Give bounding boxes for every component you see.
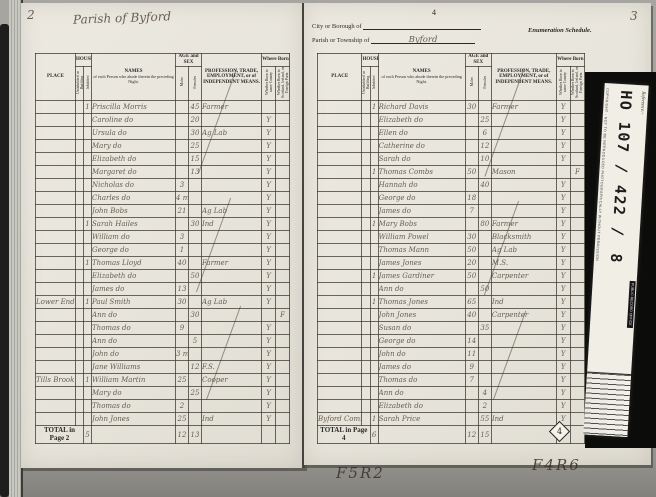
cell-f: 15: [189, 153, 202, 166]
cell-name: Thomas do: [92, 400, 176, 413]
cell-inh: [370, 179, 378, 192]
cell-name: Ann do: [378, 283, 465, 296]
col-age-sex: AGE and SEX: [465, 54, 491, 67]
parish-value-handwritten: Byford: [409, 35, 438, 45]
cell-u: [362, 361, 370, 374]
cell-inh: [84, 348, 92, 361]
cell-name: Thomas Jones: [378, 296, 465, 309]
cell-inh: [370, 231, 378, 244]
cell-inh: [84, 283, 92, 296]
cell-bc: Y: [262, 244, 276, 257]
cell-prof: [202, 270, 262, 283]
cell-bc: Y: [556, 309, 570, 322]
cell-inh: [370, 348, 378, 361]
cell-f: 80: [478, 218, 491, 231]
cell-inh: 1: [84, 101, 92, 114]
cell-bc: Y: [556, 374, 570, 387]
cell-m: 50: [465, 244, 478, 257]
cell-prof: F.S.: [202, 361, 262, 374]
col-inhabited: Inhabited: [370, 66, 378, 101]
reference-number: HO 107 / 422 /8: [607, 90, 636, 265]
cell-bc: Y: [262, 153, 276, 166]
census-table-left: PLACE HOUSES NAMES of each Person who ab…: [35, 53, 290, 444]
cell-inh: [84, 400, 92, 413]
cell-prof: [491, 140, 556, 153]
cell-f: 35: [478, 322, 491, 335]
cell-name: Mary Bobs: [378, 218, 465, 231]
cell-u: [362, 309, 370, 322]
cell-u: [76, 413, 84, 426]
cell-place: [36, 192, 76, 205]
cell-m: [176, 127, 189, 140]
cell-m: [176, 361, 189, 374]
cell-bo: [276, 348, 290, 361]
cell-prof: Ag Lab: [202, 205, 262, 218]
cell-bo: [570, 387, 584, 400]
census-row: Margaret do13Y: [36, 166, 290, 179]
cell-bo: [570, 322, 584, 335]
cell-prof: [491, 348, 556, 361]
cell-bo: [276, 400, 290, 413]
cell-name: William Martin: [92, 374, 176, 387]
cell-m: [465, 413, 478, 426]
cell-bc: Y: [556, 361, 570, 374]
cell-place: [318, 348, 362, 361]
cell-name: Mary do: [92, 387, 176, 400]
cell-name: George do: [378, 192, 465, 205]
cell-place: [318, 361, 362, 374]
census-row: Ann do50Y: [318, 283, 585, 296]
cell-name: Margaret do: [92, 166, 176, 179]
census-row: Mary do25Y: [36, 140, 290, 153]
cell-bo: [570, 153, 584, 166]
cell-m: 3 mo: [176, 348, 189, 361]
census-row: John do11Y: [318, 348, 585, 361]
city-borough-blank: [363, 21, 481, 30]
cell-prof: Carpenter: [491, 270, 556, 283]
parish-heading-handwritten: Parish of Byford: [73, 9, 172, 26]
census-row: Elizabeth do2Y: [318, 400, 585, 413]
cell-u: [362, 348, 370, 361]
cell-name: George do: [92, 244, 176, 257]
cell-bo: [570, 374, 584, 387]
census-row: 1Thomas Jones65IndY: [318, 296, 585, 309]
total-houses: 6: [370, 426, 378, 444]
cell-name: James Jones: [378, 257, 465, 270]
cell-inh: 1: [370, 296, 378, 309]
census-row: Charles do4 moY: [36, 192, 290, 205]
total-spacer: [491, 426, 556, 444]
cell-name: Sarah Price: [378, 413, 465, 426]
cell-u: [76, 270, 84, 283]
cell-f: [189, 231, 202, 244]
cell-m: 4 mo: [176, 192, 189, 205]
cell-bc: Y: [262, 361, 276, 374]
cell-place: [36, 179, 76, 192]
cell-bc: Y: [262, 179, 276, 192]
cell-bo: [570, 348, 584, 361]
cell-place: [36, 283, 76, 296]
cell-bc: Y: [556, 387, 570, 400]
cell-place: [36, 335, 76, 348]
cell-prof: [491, 387, 556, 400]
cell-place: [36, 153, 76, 166]
cell-f: [478, 231, 491, 244]
census-row: 1Thomas Combs50MasonF: [318, 166, 585, 179]
cell-u: [76, 374, 84, 387]
cell-prof: Ind: [491, 413, 556, 426]
cell-name: Elizabeth do: [378, 114, 465, 127]
cell-f: [189, 192, 202, 205]
cell-u: [362, 257, 370, 270]
cell-inh: 1: [84, 218, 92, 231]
ruler-scale: [583, 371, 631, 437]
cell-prof: [202, 114, 262, 127]
census-row: Thomas do7Y: [318, 374, 585, 387]
cell-u: [76, 309, 84, 322]
folio-stamp-number: 4: [557, 427, 562, 436]
census-row: Sarah do10Y: [318, 153, 585, 166]
cell-place: [36, 348, 76, 361]
cell-place: [36, 231, 76, 244]
cell-place: [318, 374, 362, 387]
total-spacer: [276, 426, 290, 444]
cell-name: Jane Williams: [92, 361, 176, 374]
cell-f: [478, 374, 491, 387]
cell-bo: [276, 283, 290, 296]
cell-bo: [276, 140, 290, 153]
cell-name: Thomas Combs: [378, 166, 465, 179]
cell-inh: [84, 322, 92, 335]
col-where-born: Where Born: [262, 54, 290, 67]
col-profession: PROFESSION, TRADE, EMPLOYMENT, or of IND…: [202, 54, 262, 101]
cell-place: [318, 101, 362, 114]
census-row: Ellen do6Y: [318, 127, 585, 140]
cell-name: Elizabeth do: [92, 270, 176, 283]
cell-u: [76, 322, 84, 335]
cell-m: [465, 179, 478, 192]
cell-f: [189, 296, 202, 309]
census-row: Elizabeth do15Y: [36, 153, 290, 166]
cell-place: [318, 400, 362, 413]
total-females: 13: [189, 426, 202, 444]
col-born-county: Whether Born in same County: [556, 66, 570, 101]
cell-place: [318, 231, 362, 244]
cell-u: [362, 140, 370, 153]
cell-name: William do: [92, 231, 176, 244]
census-row: John Jones40CarpenterY: [318, 309, 585, 322]
cell-u: [362, 192, 370, 205]
cell-inh: [84, 361, 92, 374]
cell-place: [318, 218, 362, 231]
cell-prof: [491, 114, 556, 127]
reference-series: HO 107 / 422 /: [608, 90, 635, 238]
cell-bo: [570, 257, 584, 270]
census-row: William do3Y: [36, 231, 290, 244]
census-row: 1Thomas Lloyd40FarmerY: [36, 257, 290, 270]
cell-f: 5: [189, 335, 202, 348]
cell-u: [76, 244, 84, 257]
col-age-sex: AGE and SEX: [176, 54, 202, 67]
total-males: 12: [176, 426, 189, 444]
cell-inh: 1: [84, 257, 92, 270]
cell-m: [465, 322, 478, 335]
city-borough-line: City or Borough of: [312, 21, 481, 30]
cell-inh: [370, 244, 378, 257]
cell-m: 1: [176, 244, 189, 257]
cell-m: 30: [176, 296, 189, 309]
cell-bc: [262, 309, 276, 322]
cell-inh: [370, 140, 378, 153]
cell-place: [318, 153, 362, 166]
col-houses: HOUSES: [362, 54, 378, 67]
cell-m: 21: [176, 205, 189, 218]
cell-bo: [570, 179, 584, 192]
cell-bc: Y: [556, 335, 570, 348]
cell-name: Mary do: [92, 140, 176, 153]
cell-name: Ursula do: [92, 127, 176, 140]
copyright-notice: COPYRIGHT - NOT TO BE REPRODUCED PHOTOGR…: [595, 88, 610, 261]
cell-f: 12: [478, 140, 491, 153]
cell-m: [176, 335, 189, 348]
cell-bc: Y: [556, 101, 570, 114]
cell-inh: [84, 335, 92, 348]
cell-m: 9: [176, 322, 189, 335]
census-row: Hannah do40Y: [318, 179, 585, 192]
total-spacer: [262, 426, 276, 444]
cell-name: Catherine do: [378, 140, 465, 153]
census-row: George do18Y: [318, 192, 585, 205]
col-names: NAMES of each Person who abode therein t…: [92, 54, 176, 101]
cell-prof: Mason: [491, 166, 556, 179]
census-row: James do9Y: [318, 361, 585, 374]
census-row: Mary do25Y: [36, 387, 290, 400]
cell-f: [189, 348, 202, 361]
census-row: James do13Y: [36, 283, 290, 296]
cell-bo: [570, 114, 584, 127]
cell-inh: [84, 127, 92, 140]
cell-u: [362, 296, 370, 309]
cell-prof: [491, 361, 556, 374]
corner-number-handwritten: 3: [630, 9, 638, 23]
cell-inh: 1: [84, 374, 92, 387]
cell-prof: Farmer: [491, 101, 556, 114]
cell-inh: [370, 257, 378, 270]
cell-prof: [491, 179, 556, 192]
cell-name: Caroline do: [92, 114, 176, 127]
reference-label: Reference:-: [639, 91, 645, 114]
cell-prof: [491, 400, 556, 413]
cell-u: [76, 231, 84, 244]
cell-prof: [491, 283, 556, 296]
total-spacer: [378, 426, 465, 444]
cell-m: 11: [465, 348, 478, 361]
cell-name: John do: [378, 348, 465, 361]
cell-u: [76, 348, 84, 361]
cell-m: [465, 218, 478, 231]
table-total-row: TOTAL in Page 2 5 12 13: [36, 426, 290, 444]
total-spacer: [202, 426, 262, 444]
cell-m: [176, 101, 189, 114]
cell-bo: [570, 283, 584, 296]
cell-inh: [370, 205, 378, 218]
cell-place: [318, 179, 362, 192]
cell-place: [318, 192, 362, 205]
total-spacer: [570, 426, 584, 444]
cell-u: [76, 335, 84, 348]
cell-place: [36, 244, 76, 257]
printed-folio-number: 4: [432, 8, 436, 17]
cell-bc: Y: [556, 179, 570, 192]
cell-u: [76, 257, 84, 270]
cell-prof: [491, 335, 556, 348]
cell-name: Charles do: [92, 192, 176, 205]
cell-m: [465, 114, 478, 127]
cell-inh: 1: [370, 101, 378, 114]
cell-bc: Y: [262, 166, 276, 179]
cell-bc: Y: [556, 244, 570, 257]
cell-f: [189, 244, 202, 257]
cell-inh: [84, 244, 92, 257]
cell-bo: [276, 387, 290, 400]
table-header: PLACE HOUSES NAMES of each Person who ab…: [36, 54, 290, 101]
col-profession: PROFESSION, TRADE, EMPLOYMENT, or of IND…: [491, 54, 556, 101]
cell-inh: [84, 114, 92, 127]
names-subtitle: of each Person who abode therein the pre…: [379, 75, 465, 85]
census-row: 1James Gardiner50CarpenterY: [318, 270, 585, 283]
cell-f: [189, 400, 202, 413]
cell-name: Thomas Mann: [378, 244, 465, 257]
cell-f: [189, 205, 202, 218]
cell-inh: [84, 166, 92, 179]
cell-name: William Powel: [378, 231, 465, 244]
cell-bc: Y: [262, 413, 276, 426]
cell-name: James Gardiner: [378, 270, 465, 283]
cell-inh: [84, 413, 92, 426]
cell-inh: [84, 192, 92, 205]
cell-place: [36, 114, 76, 127]
cell-u: [362, 270, 370, 283]
cell-bo: [570, 192, 584, 205]
cell-u: [76, 361, 84, 374]
census-row: Ursula do30Ag LabY: [36, 127, 290, 140]
cell-f: 30: [189, 127, 202, 140]
census-row: Caroline do20Y: [36, 114, 290, 127]
city-borough-label: City or Borough of: [312, 23, 362, 30]
cell-m: 7: [465, 205, 478, 218]
cell-bo: [276, 257, 290, 270]
census-row: Catherine do12Y: [318, 140, 585, 153]
cell-prof: [202, 153, 262, 166]
cell-u: [362, 244, 370, 257]
cell-m: [465, 140, 478, 153]
cell-bo: [570, 296, 584, 309]
cell-f: [478, 192, 491, 205]
cell-bo: [570, 361, 584, 374]
col-born-county: Whether Born in same County: [262, 66, 276, 101]
cell-prof: Farmer: [202, 257, 262, 270]
cell-name: Ann do: [92, 335, 176, 348]
cell-place: [36, 361, 76, 374]
cell-f: 6: [478, 127, 491, 140]
cell-bo: [276, 335, 290, 348]
census-row: George do14Y: [318, 335, 585, 348]
cell-bo: [570, 218, 584, 231]
cell-u: [362, 231, 370, 244]
cell-m: 3: [176, 231, 189, 244]
cell-f: [478, 335, 491, 348]
cell-prof: Farmer: [202, 101, 262, 114]
cell-place: [318, 387, 362, 400]
cell-place: [318, 283, 362, 296]
cell-u: [362, 400, 370, 413]
cell-bc: [262, 101, 276, 114]
cell-place: [318, 140, 362, 153]
census-row: Thomas Mann50Ag LabY: [318, 244, 585, 257]
cell-bc: Y: [556, 322, 570, 335]
reference-slip-content: Reference:- HO 107 / 422 /8 PUBLIC RECOR…: [583, 83, 648, 437]
cell-name: Thomas do: [378, 374, 465, 387]
cell-bc: Y: [556, 192, 570, 205]
reference-piece: 8: [607, 253, 626, 265]
cell-m: 25: [176, 413, 189, 426]
cell-place: [36, 400, 76, 413]
cell-place: [36, 322, 76, 335]
cell-bo: [276, 218, 290, 231]
cell-bo: [276, 361, 290, 374]
cell-inh: [370, 361, 378, 374]
cell-prof: [202, 283, 262, 296]
cell-bo: [276, 127, 290, 140]
cell-place: [318, 114, 362, 127]
census-row: Elizabeth do25Y: [318, 114, 585, 127]
cell-m: 50: [465, 270, 478, 283]
census-row: Jane Williams12F.S.Y: [36, 361, 290, 374]
cell-name: Sarah Hailes: [92, 218, 176, 231]
cell-inh: 1: [370, 166, 378, 179]
cell-inh: [84, 179, 92, 192]
cell-place: [318, 166, 362, 179]
cell-u: [76, 101, 84, 114]
cell-bo: [276, 244, 290, 257]
cell-prof: [491, 192, 556, 205]
cell-bo: [570, 101, 584, 114]
cell-inh: [370, 114, 378, 127]
col-males: Males: [176, 66, 189, 101]
cell-u: [362, 114, 370, 127]
cell-f: 12: [189, 361, 202, 374]
cell-f: [478, 296, 491, 309]
cell-bc: Y: [556, 348, 570, 361]
cell-u: [76, 192, 84, 205]
cell-f: 45: [189, 101, 202, 114]
cell-f: [478, 361, 491, 374]
cell-bc: Y: [556, 400, 570, 413]
cell-u: [362, 205, 370, 218]
cell-m: [465, 400, 478, 413]
cell-place: [318, 335, 362, 348]
cell-prof: [202, 400, 262, 413]
cell-u: [76, 179, 84, 192]
cell-bc: Y: [556, 205, 570, 218]
total-label: TOTAL in Page 2: [36, 426, 84, 444]
cell-bo: [276, 296, 290, 309]
cell-bo: F: [570, 166, 584, 179]
cell-u: [76, 205, 84, 218]
cell-u: [362, 374, 370, 387]
parish-township-line: Parish or Township of Byford: [312, 35, 475, 44]
cell-bo: [570, 140, 584, 153]
